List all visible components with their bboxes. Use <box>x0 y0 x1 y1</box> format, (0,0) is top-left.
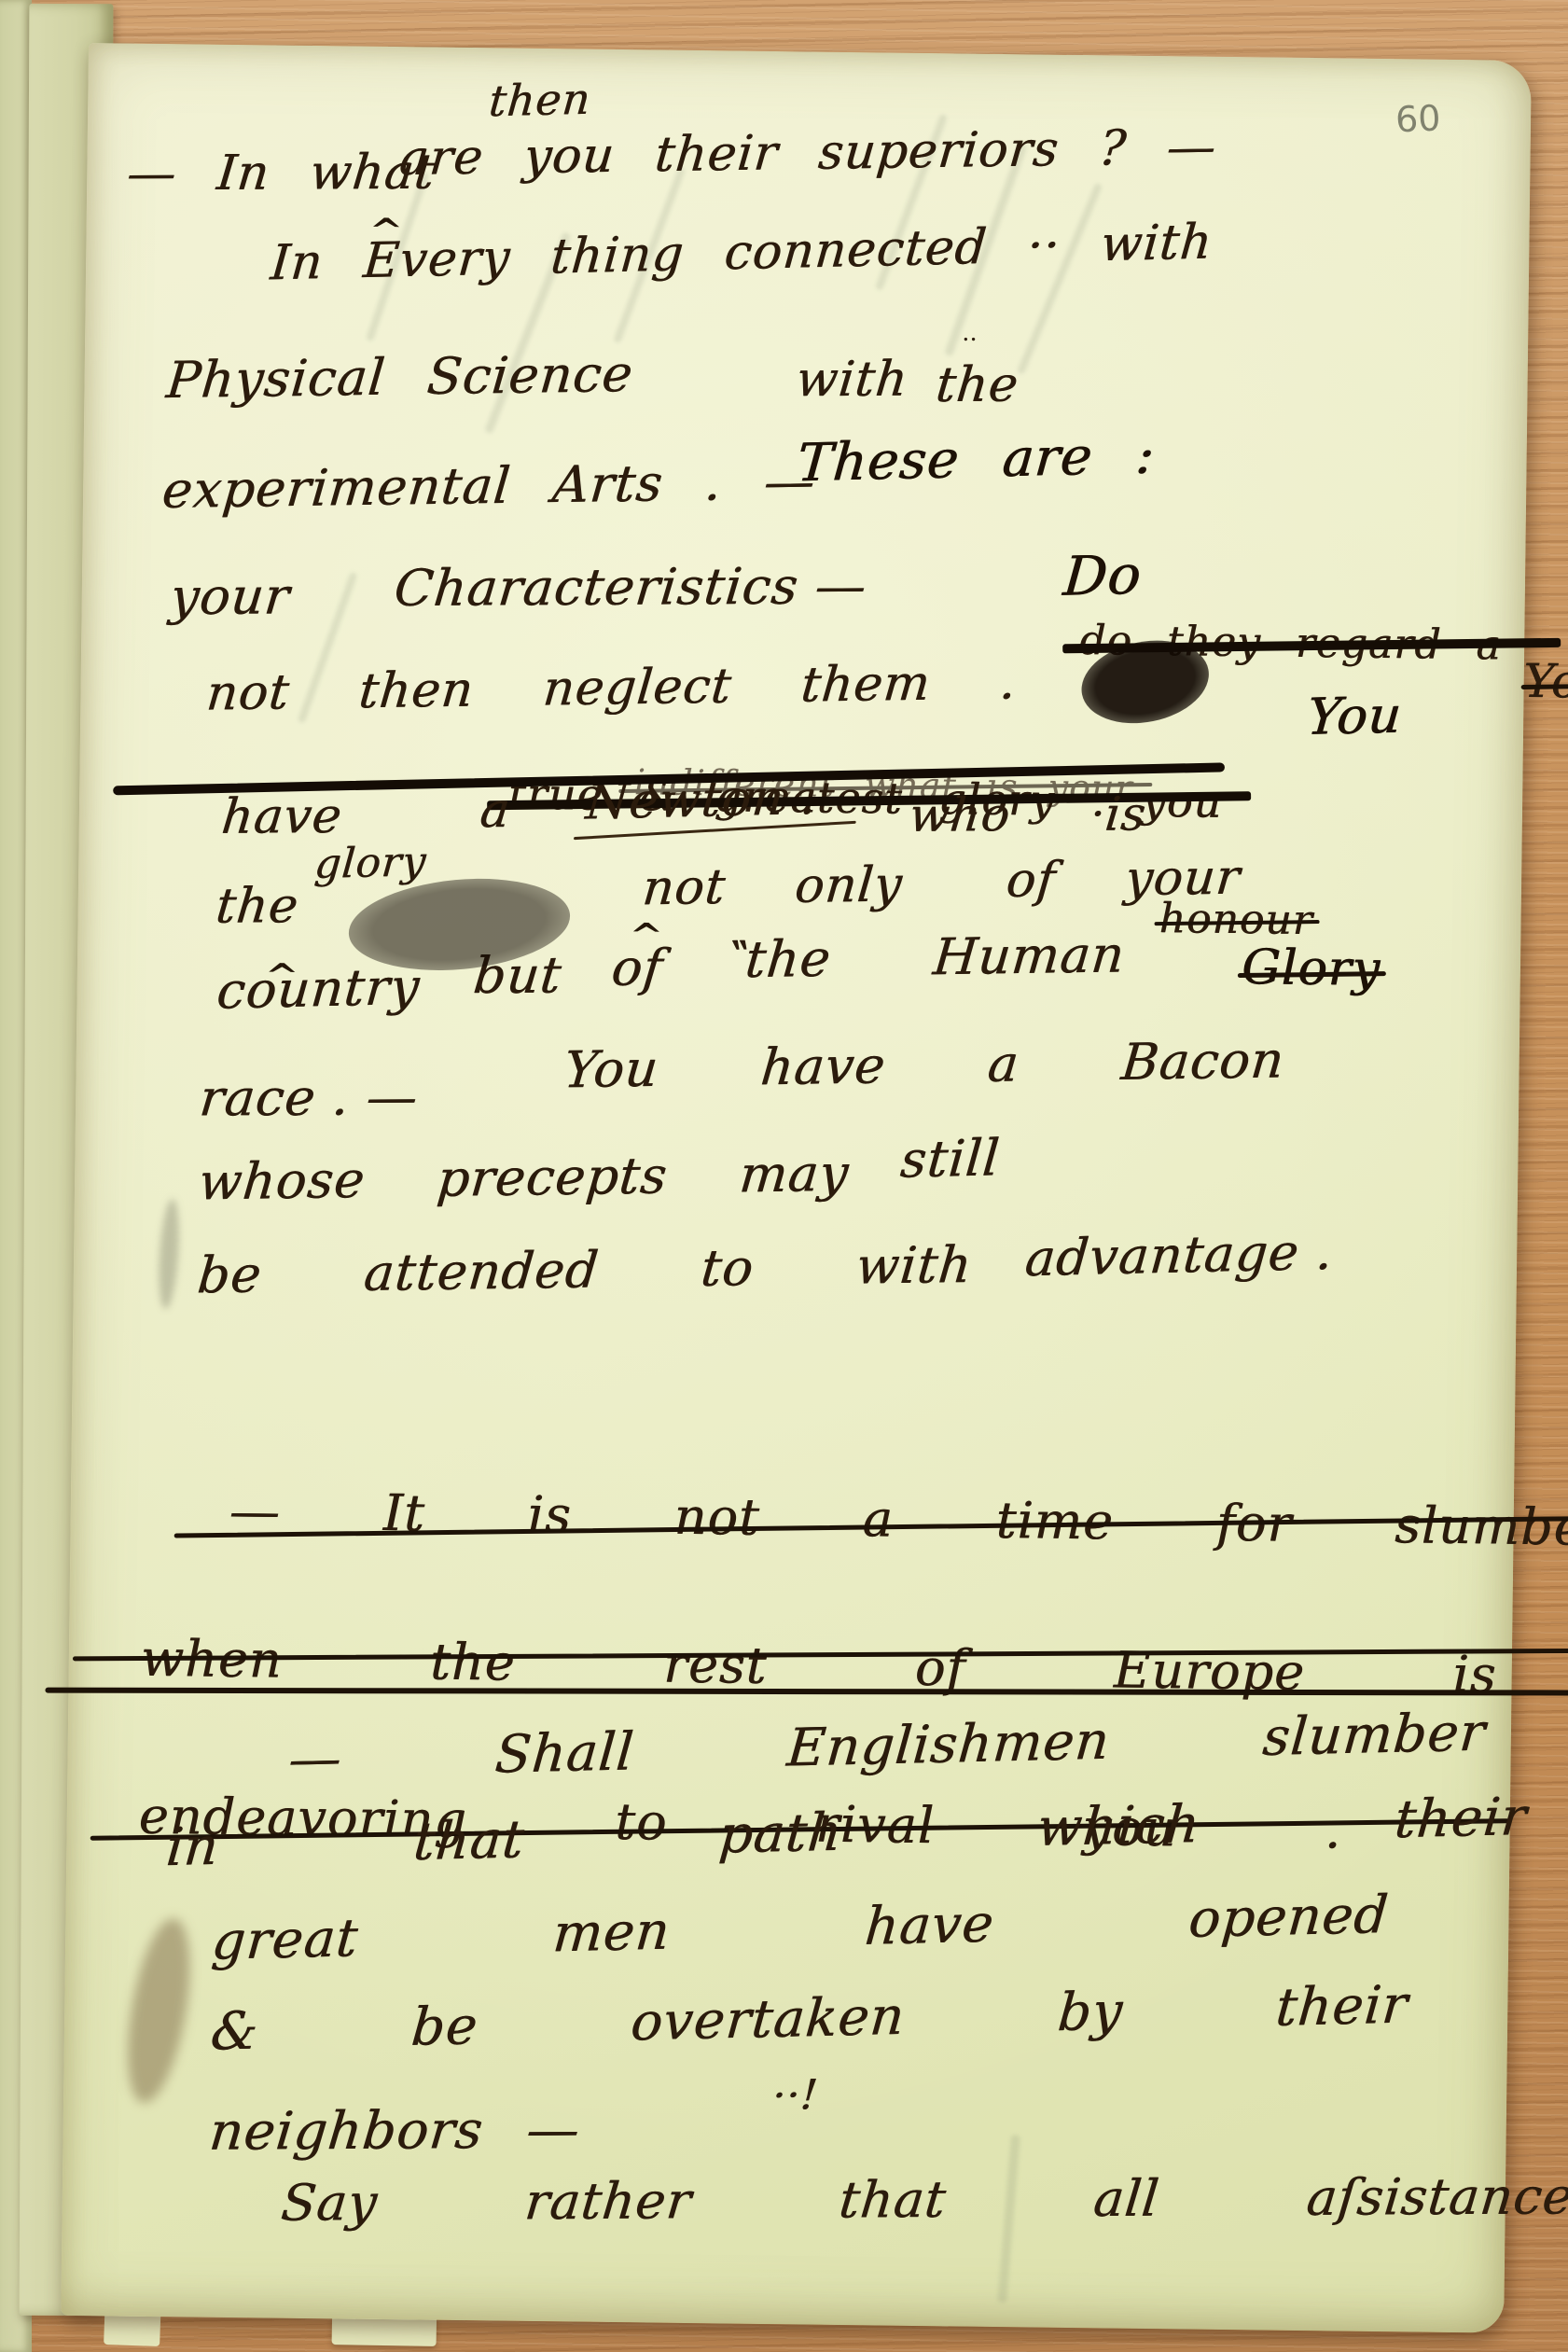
struck-text: — It is not a time for slumber <box>229 1482 1568 1557</box>
blotted-struck-word: Glory <box>1242 939 1381 997</box>
handwriting-fragment: of <box>609 943 665 994</box>
handwriting-fragment: of your <box>1005 854 1242 906</box>
ink-showthrough <box>1017 183 1103 375</box>
handwriting-fragment: Characteristics — <box>392 561 868 614</box>
page-number: 60 <box>1395 97 1441 140</box>
inserted-word-glory: glory <box>312 842 427 885</box>
blotted-struck-word: You <box>1523 654 1568 709</box>
inserted-word-then: then <box>487 77 592 123</box>
handwriting-fragment: be attended to with <box>195 1240 974 1301</box>
handwriting-fragment: the <box>214 882 300 930</box>
handwriting-fragment: not only <box>641 860 905 912</box>
handwriting-fragment: not then neglect them . <box>204 658 1019 717</box>
punctuation-mark: ··! <box>770 2075 819 2117</box>
handwriting-fragment: a <box>478 786 512 835</box>
handwriting-fragment: have <box>219 792 344 842</box>
handwriting-fragment: These are : <box>795 430 1157 491</box>
handwriting-fragment: the <box>934 361 1020 410</box>
handwriting-fragment: ‶the Human <box>724 929 1128 985</box>
handwriting-fragment: Physical Science <box>164 349 635 406</box>
handwriting-fragment: still <box>898 1133 1002 1186</box>
handwriting-fragment: — In what <box>125 148 437 199</box>
handwriting-fragment: & be overtaken by their <box>209 1980 1410 2059</box>
manuscript-photo: 60 then ^ — In what are you their superi… <box>0 0 1568 2352</box>
struck-text: when the rest of Europe is <box>140 1629 1496 1705</box>
handwriting-fragment: advantage . <box>1023 1227 1335 1285</box>
handwriting-fragment: Say rather that all aſsistance <box>279 2171 1568 2228</box>
handwriting-fragment: with <box>794 355 910 405</box>
handwriting-fragment: — Shall Englishmen slumber <box>286 1707 1487 1787</box>
ink-smudge <box>156 1199 182 1310</box>
handwriting-fragment: great men have opened <box>210 1889 1391 1969</box>
handwriting-fragment: country <box>215 962 422 1017</box>
handwriting-fragment: who is <box>907 790 1148 838</box>
handwriting-fragment: You have a Bacon <box>562 1035 1286 1095</box>
handwriting-fragment: neighbors — <box>207 2105 582 2159</box>
handwriting-fragment: whose precepts may <box>197 1148 852 1208</box>
handwriting-fragment: You <box>1305 690 1404 743</box>
handwriting-fragment: are you their superiors ? — <box>397 123 1218 183</box>
inserted-word-do: Do <box>1062 548 1144 604</box>
handwriting-fragment: experimental Arts . — <box>160 456 818 516</box>
ink-smudge <box>117 1914 201 2108</box>
handwriting-fragment: your <box>168 571 292 622</box>
handwriting-fragment: race . — <box>197 1072 420 1123</box>
paper-page: 60 then ^ — In what are you their superi… <box>61 43 1532 2333</box>
diacritic-dots: ·· <box>962 327 978 352</box>
